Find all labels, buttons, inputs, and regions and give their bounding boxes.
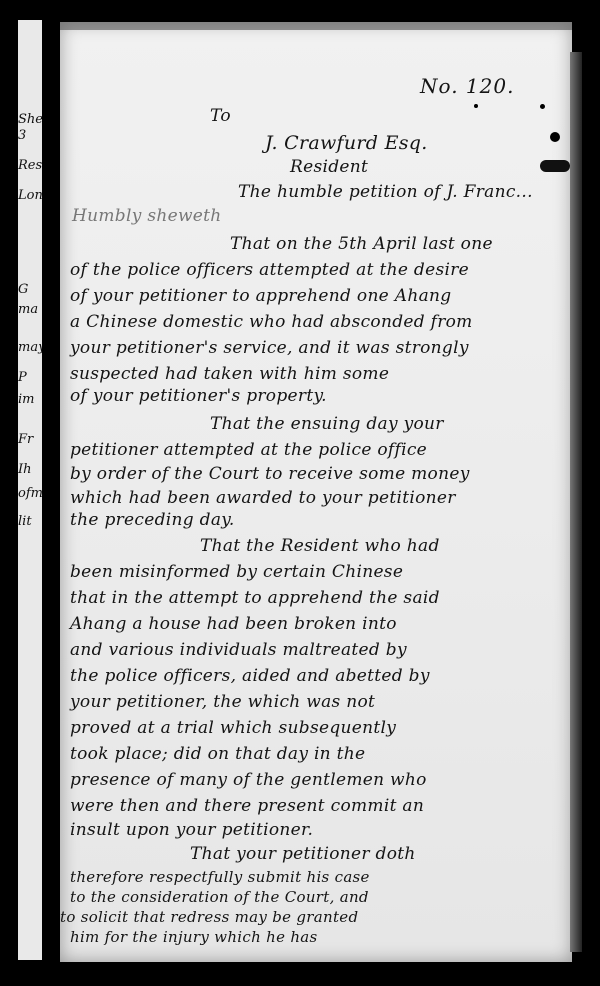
margin-fragment: P — [18, 370, 27, 385]
paragraph-4-line: therefore respectfully submit his case — [70, 868, 370, 886]
ink-blot — [550, 132, 560, 142]
ink-blot — [540, 104, 545, 109]
ink-blot — [474, 104, 478, 108]
paragraph-3-line: insult upon your petitioner. — [70, 820, 313, 840]
paragraph-1-line: suspected had taken with him some — [70, 364, 389, 384]
paragraph-3-line: presence of many of the gentlemen who — [70, 770, 427, 790]
paragraph-3-line: the police officers, aided and abetted b… — [70, 666, 430, 686]
paragraph-2-line: That the ensuing day your — [210, 414, 444, 434]
paragraph-1-line: That on the 5th April last one — [230, 234, 493, 254]
page-edge-shadow — [570, 52, 582, 952]
paragraph-3-line: were then and there present commit an — [70, 796, 424, 816]
paragraph-4-line: to the consideration of the Court, and — [70, 888, 369, 906]
paragraph-3-line: took place; did on that day in the — [70, 744, 365, 764]
paragraph-1-line: of your petitioner to apprehend one Ahan… — [70, 286, 451, 306]
margin-fragment: Lond — [18, 188, 42, 203]
paragraph-1-line: of your petitioner's property. — [70, 386, 327, 406]
paragraph-2-line: petitioner attempted at the police offic… — [70, 440, 427, 460]
margin-fragment: Fr — [18, 432, 33, 447]
scanned-document: Sheff 3 Resi Lond G ma g may P im Fr Ih … — [0, 0, 600, 986]
paragraph-3-line: been misinformed by certain Chinese — [70, 562, 403, 582]
margin-fragment: ma g — [18, 302, 42, 317]
margin-fragment: may — [18, 340, 42, 355]
margin-fragment: 3 — [18, 128, 26, 143]
paragraph-3-line: That the Resident who had — [200, 536, 440, 556]
addressee-title: Resident — [290, 157, 368, 177]
paragraph-2-line: the preceding day. — [70, 510, 235, 530]
paragraph-4-line: him for the injury which he has — [70, 928, 318, 946]
petition-opening-continued: Humbly sheweth — [72, 206, 222, 226]
margin-fragment: lit — [18, 514, 32, 529]
margin-fragment: im — [18, 392, 35, 407]
adjacent-page-strip: Sheff 3 Resi Lond G ma g may P im Fr Ih … — [18, 20, 42, 960]
paragraph-3-line: proved at a trial which subsequently — [70, 718, 396, 738]
salutation: To — [210, 106, 231, 126]
paragraph-1-line: your petitioner's service, and it was st… — [70, 338, 469, 358]
reference-number: No. 120. — [420, 74, 514, 98]
margin-fragment: G — [18, 282, 28, 297]
paragraph-3-line: Ahang a house had been broken into — [70, 614, 397, 634]
paragraph-2-line: which had been awarded to your petitione… — [70, 488, 456, 508]
margin-fragment: Ih — [18, 462, 32, 477]
ink-arrow-mark — [540, 160, 570, 172]
paragraph-3-line: your petitioner, the which was not — [70, 692, 375, 712]
paragraph-4-line: That your petitioner doth — [190, 844, 416, 864]
paragraph-3-line: and various individuals maltreated by — [70, 640, 407, 660]
paragraph-2-line: by order of the Court to receive some mo… — [70, 464, 470, 484]
margin-fragment: ofm — [18, 486, 42, 501]
petition-page: No. 120. To J. Crawfurd Esq. Resident Th… — [60, 22, 572, 962]
petition-opening: The humble petition of J. Franc... — [238, 182, 533, 202]
paragraph-1-line: of the police officers attempted at the … — [70, 260, 469, 280]
margin-fragment: Sheff — [18, 112, 42, 127]
addressee-name: J. Crawfurd Esq. — [265, 132, 428, 154]
margin-fragment: Resi — [18, 158, 42, 173]
paragraph-4-line: to solicit that redress may be granted — [60, 908, 358, 926]
paragraph-1-line: a Chinese domestic who had absconded fro… — [70, 312, 473, 332]
paragraph-3-line: that in the attempt to apprehend the sai… — [70, 588, 440, 608]
